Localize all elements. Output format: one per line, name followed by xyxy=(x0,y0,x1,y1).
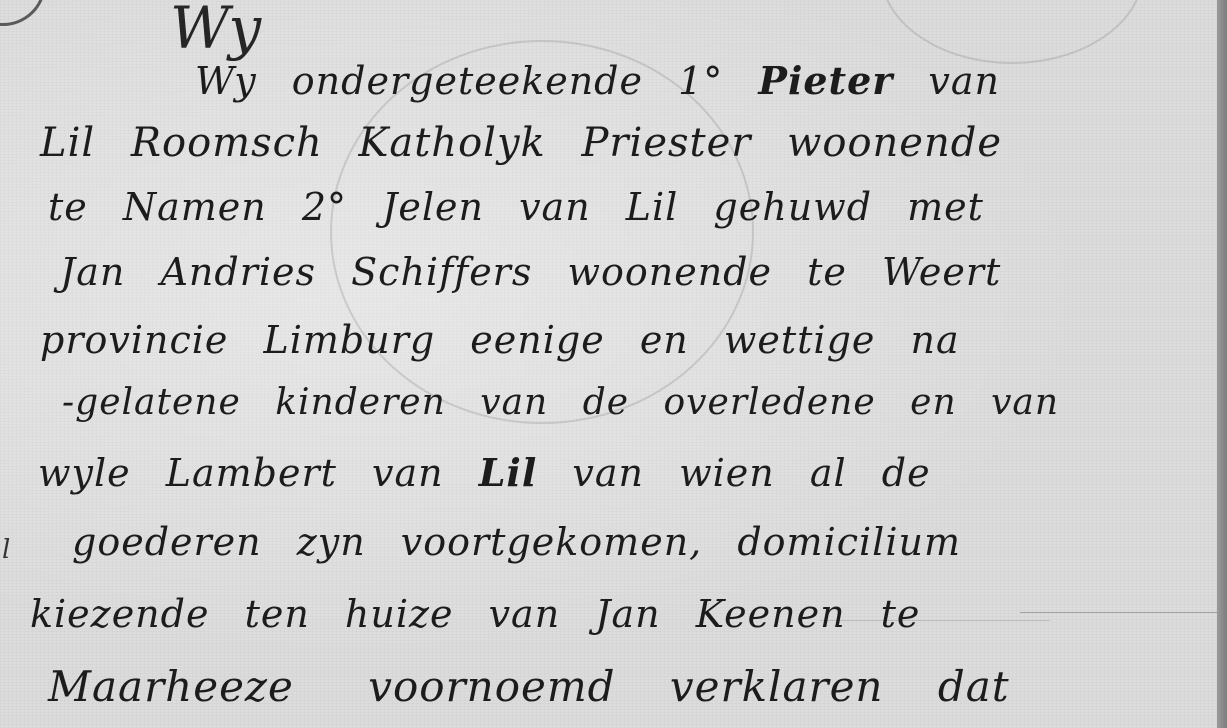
word: van xyxy=(991,382,1059,423)
word: verklaren xyxy=(670,662,884,711)
word: woonende xyxy=(787,120,1002,166)
word: eenige xyxy=(470,318,604,362)
word: zyn xyxy=(297,520,366,564)
text-line-9: kiezende ten huize van Jan Keenen te xyxy=(30,592,942,636)
word: de xyxy=(882,451,931,495)
word: Jan xyxy=(60,250,125,294)
word: Roomsch xyxy=(131,120,323,166)
word: overledene xyxy=(664,382,876,423)
word: domicilium xyxy=(737,520,961,564)
word: met xyxy=(907,185,984,229)
ruled-line xyxy=(1020,612,1220,613)
word: Limburg xyxy=(263,318,435,362)
word: van xyxy=(480,382,548,423)
text-line-10: Maarheeze voornoemd verklaren dat xyxy=(48,662,1032,711)
word: Keenen xyxy=(696,592,846,636)
word: te xyxy=(807,250,847,294)
document-scan: Wy l Wy ondergeteekende 1° Pieter van Li… xyxy=(0,0,1227,728)
text-line-6: -gelatene kinderen van de overledene en … xyxy=(62,382,1081,423)
word: van xyxy=(372,451,444,495)
word: Lil xyxy=(40,120,95,166)
text-line-7: wyle Lambert van Lil van wien al de xyxy=(38,450,953,495)
word: Schiffers xyxy=(351,250,532,294)
word: kiezende xyxy=(30,592,209,636)
word: de xyxy=(583,382,629,423)
word: na xyxy=(911,318,960,362)
margin-mark: l xyxy=(2,535,10,565)
word: Lambert xyxy=(166,451,337,495)
text-line-3: te Namen 2° Jelen van Lil gehuwd met xyxy=(48,185,1006,229)
word: van xyxy=(519,185,591,229)
word: wyle xyxy=(38,451,131,495)
word: ten xyxy=(245,592,310,636)
word: kinderen xyxy=(275,382,446,423)
page-edge xyxy=(1217,0,1227,728)
word: goederen xyxy=(72,520,262,564)
bleed-through-arc xyxy=(880,0,1144,64)
word: huize xyxy=(345,592,454,636)
word: te xyxy=(881,592,921,636)
word: dat xyxy=(938,662,1010,711)
word: gehuwd xyxy=(713,185,872,229)
word: wettige xyxy=(724,318,876,362)
word: van xyxy=(928,59,1000,103)
word: provincie xyxy=(40,318,228,362)
word: en xyxy=(910,382,957,423)
word: Weert xyxy=(882,250,1001,294)
word: wien xyxy=(679,451,775,495)
text-line-4: Jan Andries Schiffers woonende te Weert xyxy=(60,250,1023,294)
word: Katholyk xyxy=(359,120,546,166)
word: woonende xyxy=(567,250,772,294)
word: 1° xyxy=(678,59,723,103)
word: Andries xyxy=(160,250,316,294)
text-line-8: goederen zyn voortgekomen, domicilium xyxy=(72,520,983,564)
text-line-1: Wy ondergeteekende 1° Pieter van xyxy=(195,58,1022,103)
word: Priester xyxy=(582,120,752,166)
word: Namen xyxy=(123,185,267,229)
word: Pieter xyxy=(758,58,893,103)
word: en xyxy=(640,318,689,362)
word: Lil xyxy=(626,185,679,229)
word: Maarheeze xyxy=(48,662,294,711)
word: 2° xyxy=(302,185,347,229)
word: Jelen xyxy=(382,185,484,229)
word: Jan xyxy=(595,592,660,636)
word: van xyxy=(572,451,644,495)
text-line-5: provincie Limburg eenige en wettige na xyxy=(40,318,982,362)
word: voornoemd xyxy=(368,662,615,711)
word: te xyxy=(48,185,88,229)
corner-ink-mark xyxy=(0,0,46,26)
word: voortgekomen, xyxy=(401,520,702,564)
word: al xyxy=(810,451,847,495)
word: ondergeteekende xyxy=(292,59,643,103)
text-line-2: Lil Roomsch Katholyk Priester woonende xyxy=(40,120,1024,166)
word: Wy xyxy=(195,59,257,103)
word: -gelatene xyxy=(62,382,241,423)
word: Lil xyxy=(479,450,538,495)
word: van xyxy=(489,592,561,636)
initials-mark: Wy xyxy=(170,0,261,62)
